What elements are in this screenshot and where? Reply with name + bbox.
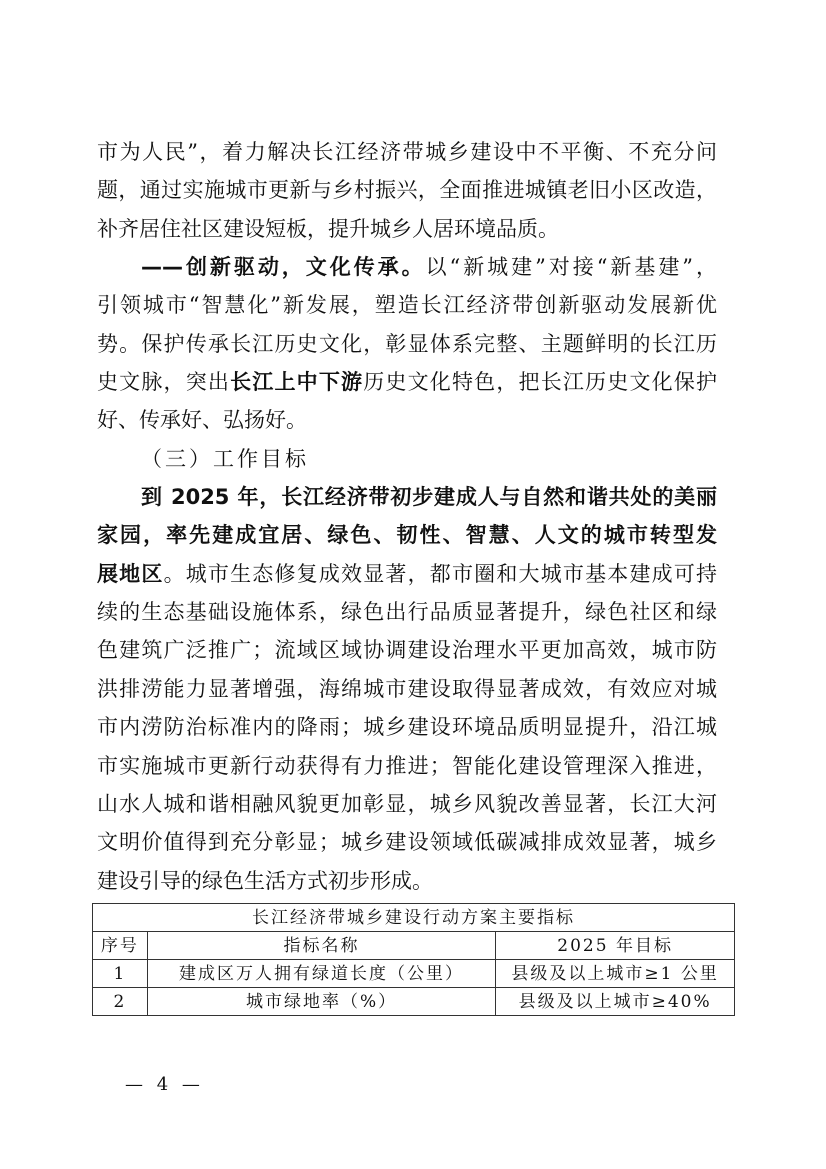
header-target-2025: 2025 年目标 — [496, 932, 735, 960]
page-number: — 4 — — [125, 1074, 204, 1095]
table-title: 长江经济带城乡建设行动方案主要指标 — [93, 904, 735, 932]
text-line: 市内涝防治标准内的降雨；城乡建设环境品质明显提升，沿江城 — [97, 708, 717, 746]
text-line: 续的生态基础设施体系，绿色出行品质显著提升，绿色社区和绿 — [97, 593, 717, 631]
text-line: ——创新驱动，文化传承。以“新城建”对接“新基建”， — [97, 248, 717, 286]
bold-goal-tail: 展地区 — [97, 562, 164, 586]
bold-emphasis: 长江上中下游 — [230, 370, 363, 394]
table-row: 2 城市绿地率（%） 县级及以上城市≥40% — [93, 988, 735, 1016]
text-line: 题，通过实施城市更新与乡村振兴，全面推进城镇老旧小区改造， — [97, 171, 717, 209]
text-line: 势。保护传承长江历史文化，彰显体系完整、主题鲜明的长江历 — [97, 325, 717, 363]
text-span: 历史文化特色，把长江历史文化保护 — [363, 370, 717, 394]
text-line: 山水人城和谐相融风貌更加彰显，城乡风貌改善显著，长江大河 — [97, 785, 717, 823]
text-line: 好、传承好、弘扬好。 — [97, 401, 717, 439]
cell-index: 1 — [93, 960, 148, 988]
body-text: 市为人民”，着力解决长江经济带城乡建设中不平衡、不充分问 题，通过实施城市更新与… — [97, 133, 717, 900]
text-span: 史文脉，突出 — [97, 370, 230, 394]
text-line: 色建筑广泛推广；流域区域协调建设治理水平更加高效，城市防 — [97, 631, 717, 669]
text-line: 展地区。城市生态修复成效显著，都市圈和大城市基本建成可持 — [97, 555, 717, 593]
bold-lead-innovation: ——创新驱动，文化传承。 — [141, 255, 426, 279]
cell-indicator-name: 城市绿地率（%） — [147, 988, 495, 1016]
text-line: 洪排涝能力显著增强，海绵城市建设取得显著成效，有效应对城 — [97, 670, 717, 708]
text-line: 建设引导的绿色生活方式初步形成。 — [97, 862, 717, 900]
text-span: 以“新城建”对接“新基建”， — [426, 255, 717, 279]
cell-target: 县级及以上城市≥1 公里 — [496, 960, 735, 988]
text-line: 补齐居住社区建设短板，提升城乡人居环境品质。 — [97, 210, 717, 248]
table-title-row: 长江经济带城乡建设行动方案主要指标 — [93, 904, 735, 932]
text-line: 史文脉，突出长江上中下游历史文化特色，把长江历史文化保护 — [97, 363, 717, 401]
bold-goal-line: 到 2025 年，长江经济带初步建成人与自然和谐共处的美丽 — [97, 478, 717, 516]
text-line: 引领城市“智慧化”新发展，塑造长江经济带创新驱动发展新优 — [97, 286, 717, 324]
text-span: 。城市生态修复成效显著，都市圈和大城市基本建成可持 — [164, 562, 717, 586]
bold-goal-line: 家园，率先建成宜居、绿色、韧性、智慧、人文的城市转型发 — [97, 516, 717, 554]
header-index: 序号 — [93, 932, 148, 960]
indicators-table: 长江经济带城乡建设行动方案主要指标 序号 指标名称 2025 年目标 1 建成区… — [92, 903, 735, 1016]
document-page: 市为人民”，着力解决长江经济带城乡建设中不平衡、不充分问 题，通过实施城市更新与… — [0, 0, 826, 1169]
table-row: 1 建成区万人拥有绿道长度（公里） 县级及以上城市≥1 公里 — [93, 960, 735, 988]
cell-target: 县级及以上城市≥40% — [496, 988, 735, 1016]
header-indicator-name: 指标名称 — [147, 932, 495, 960]
text-line: 市为人民”，着力解决长江经济带城乡建设中不平衡、不充分问 — [97, 133, 717, 171]
text-line: 市实施城市更新行动获得有力推进；智能化建设管理深入推进， — [97, 747, 717, 785]
cell-index: 2 — [93, 988, 148, 1016]
cell-indicator-name: 建成区万人拥有绿道长度（公里） — [147, 960, 495, 988]
text-line: 文明价值得到充分彰显；城乡建设领域低碳减排成效显著，城乡 — [97, 823, 717, 861]
section-heading: （三）工作目标 — [97, 440, 717, 478]
table-header-row: 序号 指标名称 2025 年目标 — [93, 932, 735, 960]
